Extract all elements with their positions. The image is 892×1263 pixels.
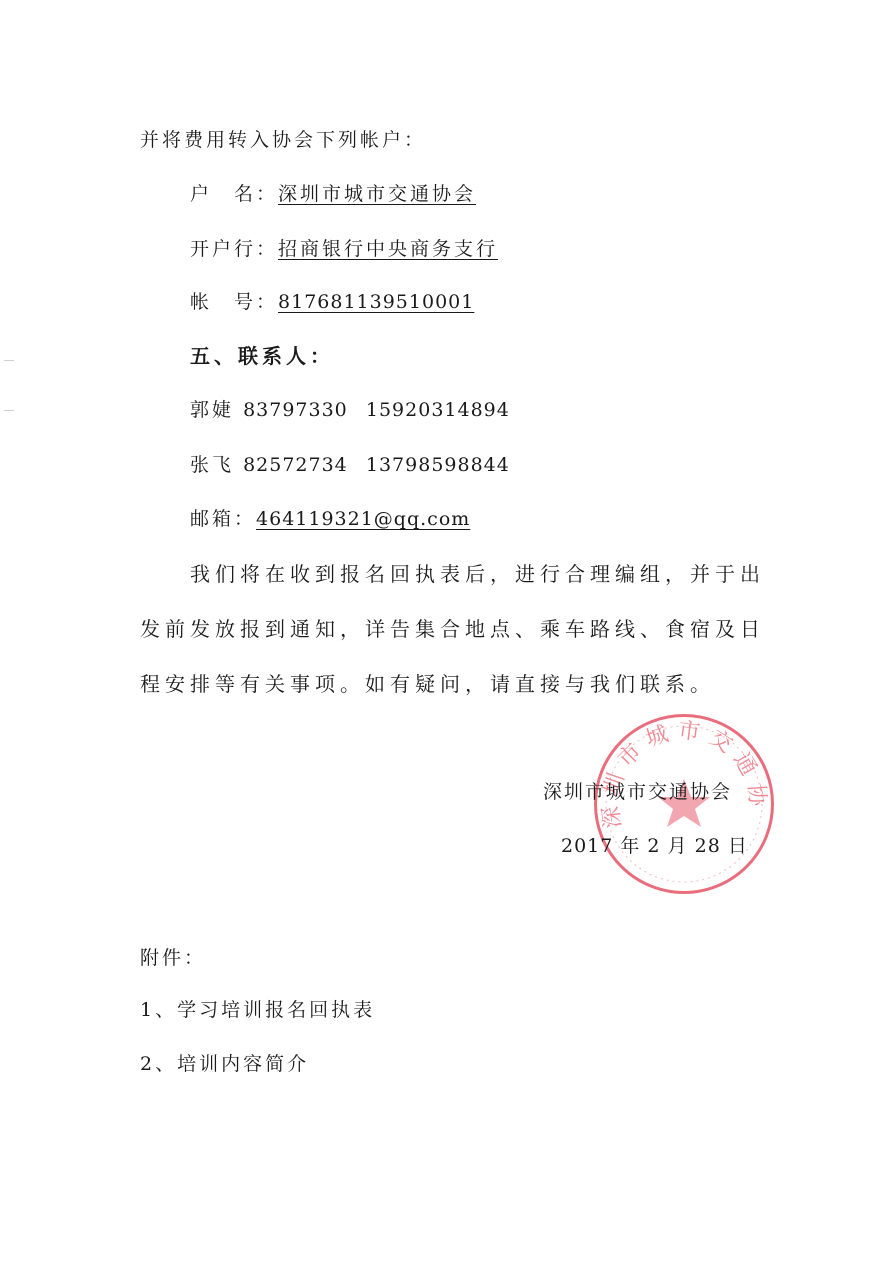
contact-row: 郭婕 83797330 15920314894	[190, 398, 510, 422]
attachment-item: 2、培训内容简介	[140, 1052, 309, 1076]
seal-star-icon: 深圳市城市交通协会	[597, 717, 771, 891]
email-row: 邮箱：464119321@qq.com	[190, 507, 470, 531]
scan-artifact	[4, 410, 14, 411]
email-label: 邮箱：	[190, 508, 256, 530]
account-bank-row: 开户行：招商银行中央商务支行	[190, 237, 498, 261]
account-bank-value: 招商银行中央商务支行	[278, 238, 498, 260]
attachments-heading: 附件：	[140, 946, 206, 970]
paragraph-line: 我们将在收到报名回执表后，进行合理编组，并于出	[190, 562, 765, 586]
account-name-label: 户 名：	[190, 183, 278, 205]
account-number-row: 帐 号：817681139510001	[190, 290, 474, 314]
account-name-value: 深圳市城市交通协会	[278, 183, 476, 205]
intro-text: 并将费用转入协会下列帐户：	[140, 128, 426, 152]
attachment-item: 1、学习培训报名回执表	[140, 998, 375, 1022]
signature-date: 2017 年 2 月 28 日	[561, 834, 748, 858]
paragraph-line: 发前发放报到通知，详告集合地点、乘车路线、食宿及日	[140, 617, 765, 641]
signature-org: 深圳市城市交通协会	[543, 780, 732, 804]
paragraph-line: 程安排等有关事项。如有疑问，请直接与我们联系。	[140, 672, 715, 696]
account-number-value: 817681139510001	[278, 291, 474, 313]
contact-phone: 83797330	[243, 399, 348, 421]
account-name-row: 户 名：深圳市城市交通协会	[190, 182, 476, 206]
contact-row: 张飞 82572734 13798598844	[190, 453, 510, 477]
svg-text:深圳市城市交通协会: 深圳市城市交通协会	[597, 717, 770, 830]
scan-artifact	[4, 360, 14, 361]
contact-name: 张飞	[190, 454, 234, 476]
contacts-heading: 五、联系人：	[190, 344, 334, 368]
contact-mobile: 13798598844	[366, 454, 510, 476]
contact-name: 郭婕	[190, 399, 234, 421]
account-bank-label: 开户行：	[190, 238, 278, 260]
contact-mobile: 15920314894	[366, 399, 510, 421]
official-seal: 深圳市城市交通协会	[594, 714, 774, 894]
email-link[interactable]: 464119321@qq.com	[256, 508, 470, 530]
account-number-label: 帐 号：	[190, 291, 278, 313]
contact-phone: 82572734	[243, 454, 348, 476]
seal-text: 深圳市城市交通协会	[597, 717, 770, 830]
